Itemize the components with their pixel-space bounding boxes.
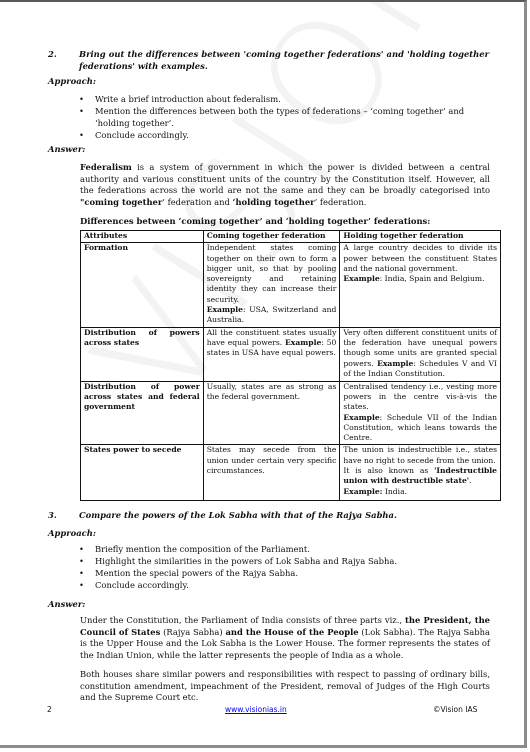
attribute-cell: Formation (81, 243, 204, 327)
holding-cell: Centralised tendency i.e., vesting more … (340, 381, 501, 445)
cell-text: Independent states coming together on th… (207, 243, 337, 303)
holding-cell: The union is indestructible i.e., states… (340, 445, 501, 501)
table-row: Formation Independent states coming toge… (81, 243, 501, 327)
cell-text: . (469, 476, 471, 485)
approach-item: Mention the differences between both the… (79, 106, 489, 129)
approach-item: Mention the special powers of the Rajya … (79, 568, 489, 580)
question-2-text: Bring out the differences between 'comin… (79, 49, 489, 72)
table-title: Differences between ‘coming together’ an… (80, 216, 430, 228)
header-holding-together: Holding together federation (340, 231, 501, 243)
coming-cell: Independent states coming together on th… (203, 243, 340, 327)
coming-cell: All the constituent states usually have … (203, 327, 340, 381)
attribute-cell: States power to secede (81, 445, 204, 501)
example-label: Example (343, 274, 379, 283)
example-text: : India, Spain and Belgium. (380, 274, 485, 283)
example-label: Example: (343, 487, 382, 496)
text-run: (Rajya Sabha) (160, 627, 225, 637)
example-label: Example (207, 305, 243, 314)
cell-text: A large country decides to divide its po… (343, 243, 497, 273)
coming-cell: States may secede from the union under c… (203, 445, 340, 501)
bold-run: "coming together (80, 197, 162, 207)
header-attributes: Attributes (81, 231, 204, 243)
table-header-row: Attributes Coming together federation Ho… (81, 231, 501, 243)
question-2-answer-label: Answer: (48, 144, 85, 156)
approach-item: Conclude accordingly. (79, 580, 489, 592)
bold-run: ‘holding together (233, 197, 315, 207)
attribute-cell: Distribution of powers across states (81, 327, 204, 381)
approach-item: Highlight the similarities in the powers… (79, 556, 489, 568)
example-label: Example (377, 359, 413, 368)
cell-text: States may secede from the union under c… (207, 445, 337, 475)
question-3-number: 3. (48, 510, 57, 522)
bold-run: and the House of the People (225, 627, 358, 637)
cell-text: Usually, states are as strong as the fed… (207, 382, 337, 401)
website-link[interactable]: www.visionias.in (225, 705, 287, 714)
text-run: ’ federation. (315, 197, 367, 207)
question-3-approach-list: Briefly mention the composition of the P… (79, 544, 489, 592)
example-text: India. (382, 487, 407, 496)
coming-cell: Usually, states are as strong as the fed… (203, 381, 340, 445)
question-3-answer-paragraph-1: Under the Constitution, the Parliament o… (80, 615, 490, 661)
cell-text: It is also known as (343, 466, 434, 475)
term-federalism: Federalism (80, 162, 132, 172)
example-label: Example (285, 338, 321, 347)
example-label: Example (343, 413, 379, 422)
table-row: Distribution of power across states and … (81, 381, 501, 445)
document-page: VISION IAS 2. Bring out the differences … (0, 0, 527, 748)
header-coming-together: Coming together federation (203, 231, 340, 243)
approach-item: Conclude accordingly. (79, 130, 489, 142)
question-2-answer-paragraph: Federalism is a system of government in … (80, 162, 490, 208)
approach-item: Write a brief introduction about federal… (79, 94, 489, 106)
holding-cell: A large country decides to divide its po… (340, 243, 501, 327)
copyright-text: ©Vision IAS (433, 705, 477, 714)
page-number: 2 (47, 705, 52, 714)
question-2-approach-list: Write a brief introduction about federal… (79, 94, 489, 141)
cell-text: The union is indestructible i.e., states… (343, 445, 497, 464)
table-row: States power to secede States may secede… (81, 445, 501, 501)
differences-table: Attributes Coming together federation Ho… (80, 230, 501, 501)
table-row: Distribution of powers across states All… (81, 327, 501, 381)
text-run: ’ federation and (162, 197, 232, 207)
text-run: is a system of government in which the p… (80, 162, 490, 195)
question-3-text: Compare the powers of the Lok Sabha with… (79, 510, 489, 522)
holding-cell: Very often different constituent units o… (340, 327, 501, 381)
question-3-approach-label: Approach: (48, 528, 96, 540)
cell-text: Centralised tendency i.e., vesting more … (343, 382, 497, 412)
question-3-answer-label: Answer: (48, 599, 85, 611)
attribute-cell: Distribution of power across states and … (81, 381, 204, 445)
question-2-approach-label: Approach: (48, 76, 96, 88)
question-3-answer-paragraph-2: Both houses share similar powers and res… (80, 669, 490, 704)
text-run: Under the Constitution, the Parliament o… (80, 615, 405, 625)
question-2-number: 2. (48, 49, 57, 61)
approach-item: Briefly mention the composition of the P… (79, 544, 489, 556)
